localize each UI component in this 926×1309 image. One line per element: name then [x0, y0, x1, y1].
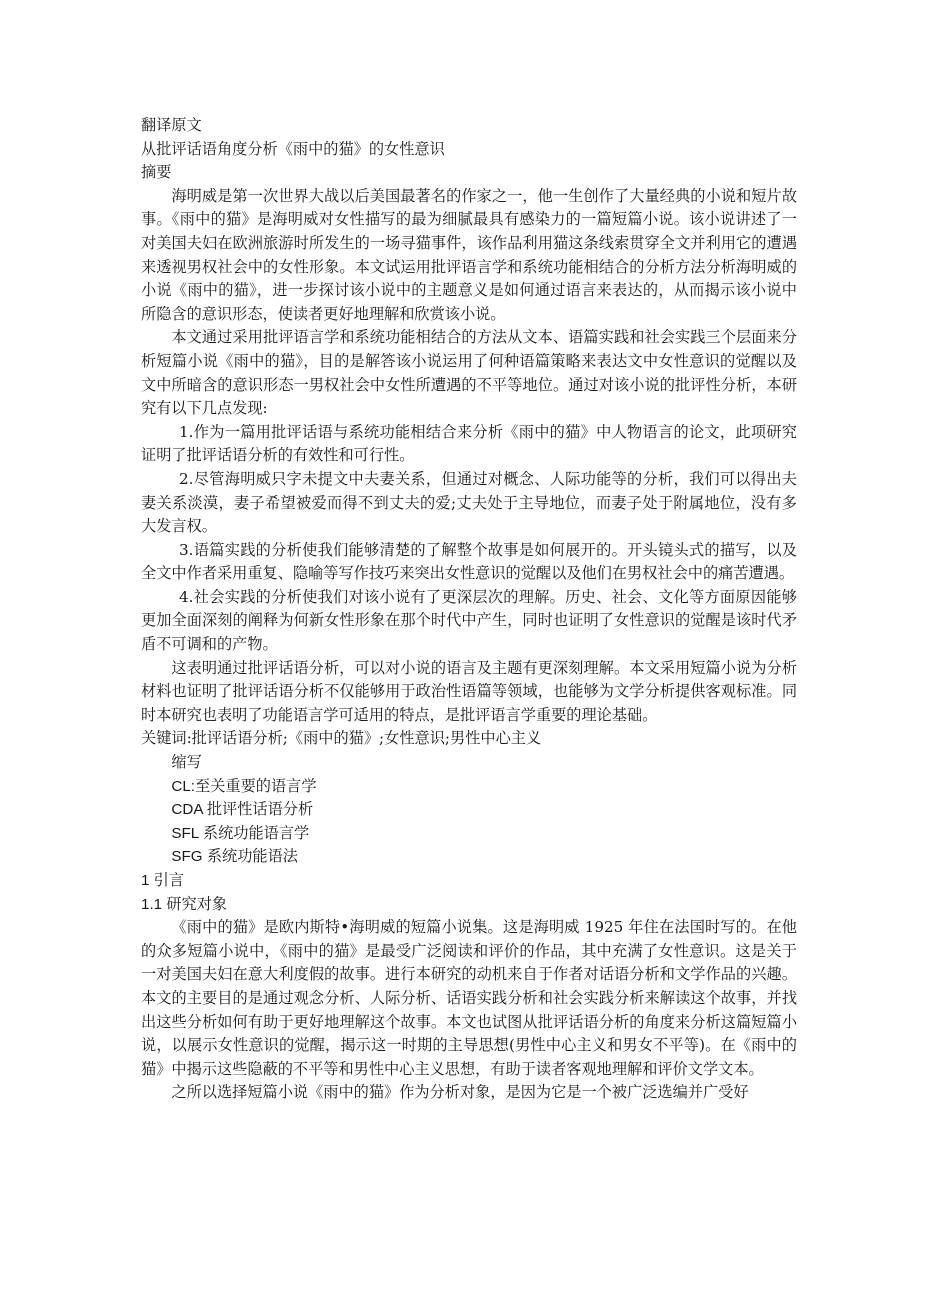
document-page: 翻译原文 从批评话语角度分析《雨中的猫》的女性意识 摘要 海明威是第一次世界大战…: [141, 114, 797, 1105]
abbreviation-item: CL:至关重要的语言学: [141, 775, 797, 799]
document-title: 从批评话语角度分析《雨中的猫》的女性意识: [141, 138, 797, 162]
finding-item: 3.语篇实践的分析使我们能够清楚的了解整个故事是如何展开的。开头镜头式的描写，以…: [141, 539, 797, 586]
abbreviation-item: SFG 系统功能语法: [141, 845, 797, 869]
finding-item: 2.尽管海明威只字未提文中夫妻关系，但通过对概念、人际功能等的分析，我们可以得出…: [141, 468, 797, 539]
abbreviation-item: CDA 批评性话语分析: [141, 798, 797, 822]
document-label: 翻译原文: [141, 114, 797, 138]
section-heading: 1 引言: [141, 869, 797, 893]
finding-item: 4.社会实践的分析使我们对该小说有了更深层次的理解。历史、社会、文化等方面原因能…: [141, 586, 797, 657]
abbreviations-heading: 缩写: [141, 751, 797, 775]
body-paragraph: 之所以选择短篇小说《雨中的猫》作为分析对象，是因为它是一个被广泛选编并广受好: [141, 1081, 797, 1105]
keywords-line: 关键词:批评话语分析;《雨中的猫》;女性意识;男性中心主义: [141, 727, 797, 751]
body-paragraph: 《雨中的猫》是欧内斯特•海明威的短篇小说集。这是海明威 1925 年住在法国时写…: [141, 916, 797, 1081]
abstract-paragraph: 本文通过采用批评语言学和系统功能相结合的方法从文本、语篇实践和社会实践三个层面来…: [141, 326, 797, 420]
conclusion-paragraph: 这表明通过批评话语分析，可以对小说的语言及主题有更深刻理解。本文采用短篇小说为分…: [141, 657, 797, 728]
abstract-heading: 摘要: [141, 161, 797, 185]
subsection-heading: 1.1 研究对象: [141, 893, 797, 917]
abstract-paragraph: 海明威是第一次世界大战以后美国最著名的作家之一，他一生创作了大量经典的小说和短片…: [141, 185, 797, 327]
finding-item: 1.作为一篇用批评话语与系统功能相结合来分析《雨中的猫》中人物语言的论文，此项研…: [141, 421, 797, 468]
abbreviation-item: SFL 系统功能语言学: [141, 822, 797, 846]
